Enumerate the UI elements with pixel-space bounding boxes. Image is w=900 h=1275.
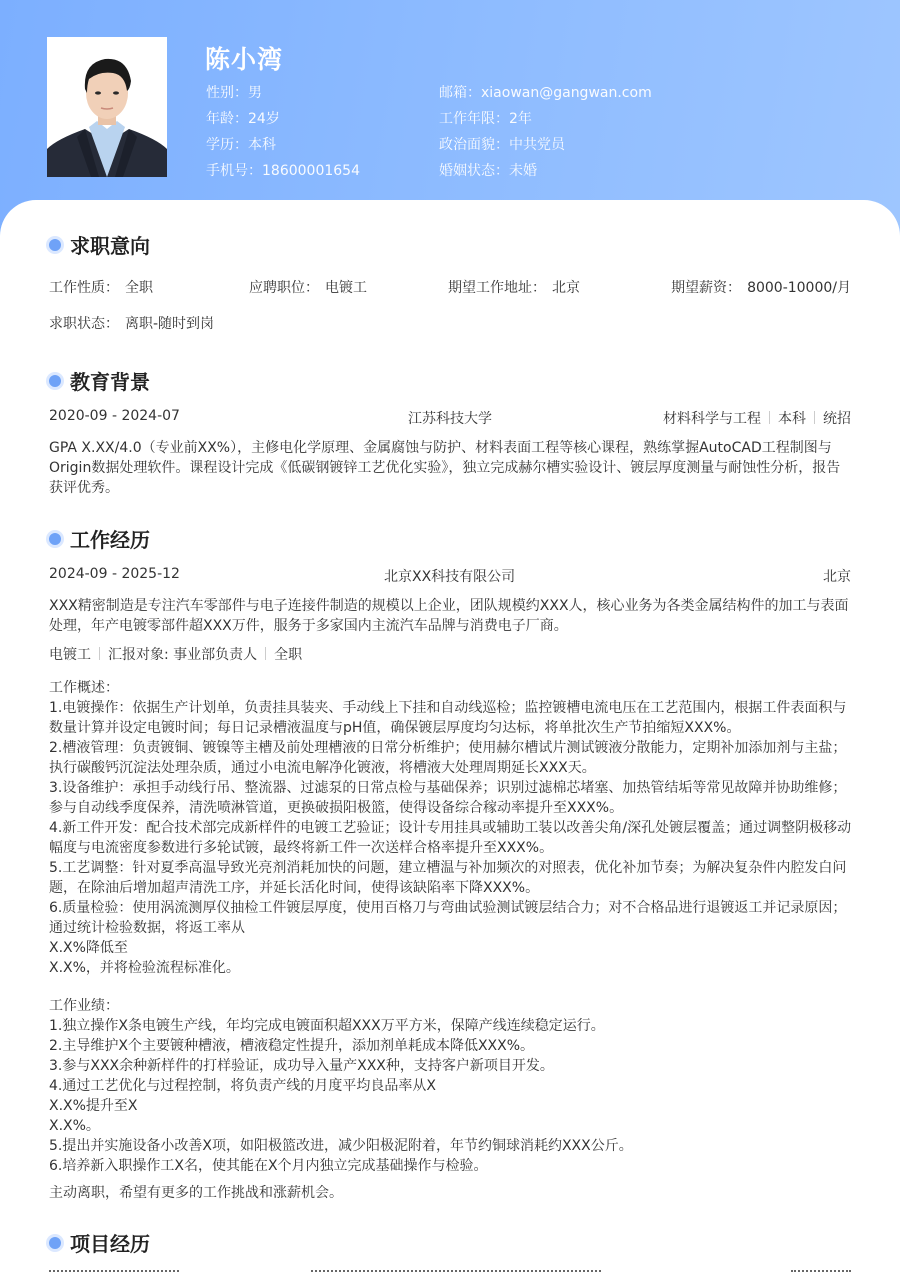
section-title-projects: 项目经历 [48,1228,150,1257]
divider [99,647,100,660]
education-meta: 材料科学与工程本科统招 [663,408,851,428]
education-type: 统招 [823,411,851,427]
bullet-dot-icon [49,239,61,251]
avatar [47,37,167,177]
education-major: 材料科学与工程 [663,411,761,427]
project-header-row-clipped [49,1270,851,1275]
work-overview: 工作概述： 1.电镀操作：依据生产计划单，负责挂具装夹、手动线上下挂和自动线巡检… [49,678,854,978]
info-email: 邮箱：xiaowan@gangwan.com [439,83,652,109]
tag-report-to: 汇报对象: 事业部负责人 [108,647,257,663]
company-description: XXX精密制造是专注汽车零部件与电子连接件制造的规模以上企业，团队规模约XXX人… [49,596,854,636]
info-phone: 手机号：18600001654 [206,161,360,187]
achievements-heading: 工作业绩： [49,996,854,1016]
field-position: 应聘职位：电镀工 [249,277,367,297]
candidate-name: 陈小湾 [205,40,283,76]
bullet-dot-icon [49,1237,61,1249]
work-period: 2024-09 - 2025-12 [49,566,180,582]
divider [814,411,815,424]
info-age: 年龄：24岁 [206,109,360,135]
field-job-type: 工作性质：全职 [49,277,153,297]
work-tags: 电镀工汇报对象: 事业部负责人全职 [49,644,851,664]
tag-role: 电镀工 [49,647,91,663]
overview-heading: 工作概述： [49,678,854,698]
education-period: 2020-09 - 2024-07 [49,408,180,424]
divider [769,411,770,424]
basic-info-right: 邮箱：xiaowan@gangwan.com 工作年限：2年 政治面貌：中共党员… [439,83,652,187]
bullet-dot-icon [49,533,61,545]
info-gender: 性别：男 [206,83,360,109]
field-job-status: 求职状态：离职-随时到岗 [49,313,214,333]
project-role-clipped [791,1270,851,1272]
info-work-years: 工作年限：2年 [439,109,652,135]
section-title-job-intention: 求职意向 [48,230,150,259]
info-political-status: 政治面貌：中共党员 [439,135,652,161]
education-description: GPA X.XX/4.0（专业前XX%），主修电化学原理、金属腐蚀与防护、材料表… [49,438,854,498]
profile-photo-icon [47,37,167,177]
education-school: 江苏科技大学 [408,408,492,428]
info-education: 学历：本科 [206,135,360,161]
info-marital-status: 婚姻状态：未婚 [439,161,652,187]
education-degree: 本科 [778,411,806,427]
section-title-work: 工作经历 [48,524,150,553]
section-title-education: 教育背景 [48,366,150,395]
divider [265,647,266,660]
tag-employment-type: 全职 [274,647,302,663]
leave-reason: 主动离职，希望有更多的工作挑战和涨薪机会。 [49,1183,854,1203]
work-location: 北京 [823,566,851,586]
bullet-dot-icon [49,375,61,387]
project-period-clipped [49,1270,179,1272]
project-name-clipped [311,1270,601,1272]
field-salary: 期望薪资：8000-10000/月 [671,277,851,297]
basic-info-left: 性别：男 年龄：24岁 学历：本科 手机号：18600001654 [206,83,360,187]
work-achievements: 工作业绩： 1.独立操作X条电镀生产线，年均完成电镀面积超XXX万平方米，保障产… [49,996,854,1176]
field-location: 期望工作地址：北京 [448,277,580,297]
work-company: 北京XX科技有限公司 [384,566,515,586]
